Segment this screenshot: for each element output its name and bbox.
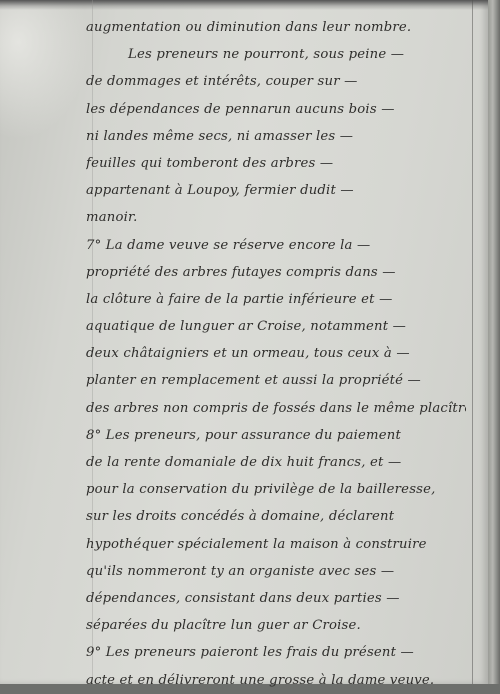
text-line: augmentation ou diminution dans leur nom… (86, 14, 466, 41)
text-line: ni landes même secs, ni amasser les (86, 123, 466, 150)
text-line: 8° Les preneurs, pour assurance du paiem… (86, 422, 466, 449)
text-line: hypothéquer spécialement la maison à con… (86, 531, 466, 558)
text-line: deux châtaigniers et un ormeau, tous ceu… (86, 340, 466, 367)
paper-fold-shadow (0, 0, 90, 140)
line-filler-dash (388, 319, 406, 334)
page-edge-rule (472, 0, 473, 684)
line-filler-dash (403, 373, 421, 388)
text-line: Les preneurs ne pourront, sous peine (86, 41, 466, 68)
line-filler-dash (336, 183, 354, 198)
text-line: qu'ils nommeront ty an organiste avec se… (86, 558, 466, 585)
line-filler-dash (315, 156, 333, 171)
text-line: acte et en délivreront une grosse à la d… (86, 667, 466, 685)
text-line: dépendances, consistant dans deux partie… (86, 585, 466, 612)
text-line: appartenant à Loupoy, fermier dudit (86, 177, 466, 204)
line-filler-dash (335, 129, 353, 144)
text-line: de la rente domaniale de dix huit francs… (86, 449, 466, 476)
line-filler-dash (377, 102, 395, 117)
line-filler-dash (375, 292, 393, 307)
text-line: séparées du placître lun guer ar Croise. (86, 612, 466, 639)
manuscript-page: augmentation ou diminution dans leur nom… (0, 0, 488, 684)
line-filler-dash (382, 591, 400, 606)
text-line: feuilles qui tomberont des arbres (86, 150, 466, 177)
line-filler-dash (378, 265, 396, 280)
line-filler-dash (340, 74, 358, 89)
text-line: planter en remplacement et aussi la prop… (86, 367, 466, 394)
text-line: des arbres non compris de fossés dans le… (86, 395, 466, 422)
line-filler-dash (386, 47, 404, 62)
text-line: propriété des arbres futayes compris dan… (86, 259, 466, 286)
text-line: 7° La dame veuve se réserve encore la (86, 232, 466, 259)
line-filler-dash (392, 346, 410, 361)
text-line: sur les droits concédés à domaine, décla… (86, 503, 466, 530)
text-line: 9° Les preneurs paieront les frais du pr… (86, 639, 466, 666)
text-line: de dommages et intérêts, couper sur (86, 68, 466, 95)
line-filler-dash (376, 564, 394, 579)
text-line: manoir. (86, 204, 466, 231)
handwritten-text-block: augmentation ou diminution dans leur nom… (86, 14, 466, 684)
text-line: aquatique de lunguer ar Croise, notammen… (86, 313, 466, 340)
line-filler-dash (384, 455, 402, 470)
text-line: la clôture à faire de la partie inférieu… (86, 286, 466, 313)
binding-edge (488, 0, 500, 684)
line-filler-dash (396, 645, 414, 660)
text-line: pour la conservation du privilège de la … (86, 476, 466, 503)
top-shadow (0, 0, 500, 10)
text-line: les dépendances de pennarun aucuns bois (86, 96, 466, 123)
line-filler-dash (353, 238, 371, 253)
